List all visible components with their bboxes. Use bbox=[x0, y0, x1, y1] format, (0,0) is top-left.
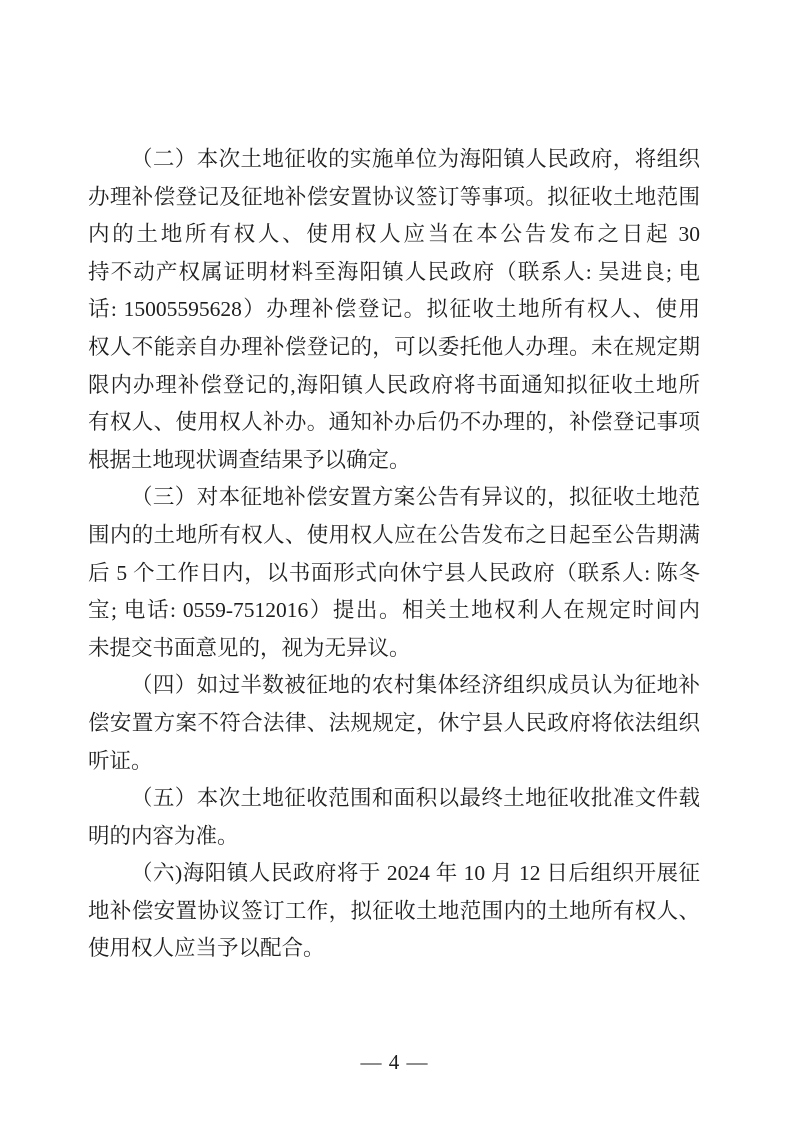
text-block: （二）本次土地征收的实施单位为海阳镇人民政府，将组织办理补偿登记及征地补偿安置协… bbox=[88, 141, 700, 968]
document-line: 偿安置方案不符合法律、法规规定，休宁县人民政府将依法组织 bbox=[88, 705, 700, 743]
document-line: 宝; 电话: 0559-7512016）提出。相关土地权利人在规定时间内 bbox=[88, 592, 700, 630]
document-line: 使用权人应当予以配合。 bbox=[88, 930, 700, 968]
document-line: 话: 15005595628）办理补偿登记。拟征收土地所有权人、使用 bbox=[88, 291, 700, 329]
document-line: 未提交书面意见的，视为无异议。 bbox=[88, 630, 700, 668]
document-line: 明的内容为准。 bbox=[88, 818, 700, 856]
document-line: 后 5 个工作日内，以书面形式向休宁县人民政府（联系人: 陈冬 bbox=[88, 555, 700, 593]
document-line: 地补偿安置协议签订工作，拟征收土地范围内的土地所有权人、 bbox=[88, 893, 700, 931]
paragraph-item-3: （三）对本征地补偿安置方案公告有异议的，拟征收土地范围内的土地所有权人、使用权人… bbox=[88, 479, 700, 667]
document-line: （二）本次土地征收的实施单位为海阳镇人民政府，将组织 bbox=[88, 141, 700, 179]
document-line: 有权人、使用权人补办。通知补办后仍不办理的，补偿登记事项 bbox=[88, 404, 700, 442]
document-line: 限内办理补偿登记的,海阳镇人民政府将书面通知拟征收土地所 bbox=[88, 367, 700, 405]
document-line: （三）对本征地补偿安置方案公告有异议的，拟征收土地范 bbox=[88, 479, 700, 517]
document-page: （二）本次土地征收的实施单位为海阳镇人民政府，将组织办理补偿登记及征地补偿安置协… bbox=[0, 0, 789, 1122]
document-line: 围内的土地所有权人、使用权人应在公告发布之日起至公告期满 bbox=[88, 517, 700, 555]
document-line: （四）如过半数被征地的农村集体经济组织成员认为征地补 bbox=[88, 667, 700, 705]
paragraph-item-6: （六)海阳镇人民政府将于 2024 年 10 月 12 日后组织开展征地补偿安置… bbox=[88, 855, 700, 968]
document-line: 权人不能亲自办理补偿登记的，可以委托他人办理。未在规定期 bbox=[88, 329, 700, 367]
document-line: 内的土地所有权人、使用权人应当在本公告发布之日起 30 日内， bbox=[88, 216, 700, 254]
paragraph-item-5: （五）本次土地征收范围和面积以最终土地征收批准文件载明的内容为准。 bbox=[88, 780, 700, 855]
document-line: 听证。 bbox=[88, 743, 700, 781]
page-number: — 4 — bbox=[0, 1050, 789, 1075]
document-line: 根据土地现状调查结果予以确定。 bbox=[88, 442, 700, 480]
document-line: （六)海阳镇人民政府将于 2024 年 10 月 12 日后组织开展征 bbox=[88, 855, 700, 893]
document-line: 持不动产权属证明材料至海阳镇人民政府（联系人: 吴进良; 电 bbox=[88, 254, 700, 292]
paragraph-item-2: （二）本次土地征收的实施单位为海阳镇人民政府，将组织办理补偿登记及征地补偿安置协… bbox=[88, 141, 700, 479]
document-line: 办理补偿登记及征地补偿安置协议签订等事项。拟征收土地范围 bbox=[88, 179, 700, 217]
document-line: （五）本次土地征收范围和面积以最终土地征收批准文件载 bbox=[88, 780, 700, 818]
paragraph-item-4: （四）如过半数被征地的农村集体经济组织成员认为征地补偿安置方案不符合法律、法规规… bbox=[88, 667, 700, 780]
